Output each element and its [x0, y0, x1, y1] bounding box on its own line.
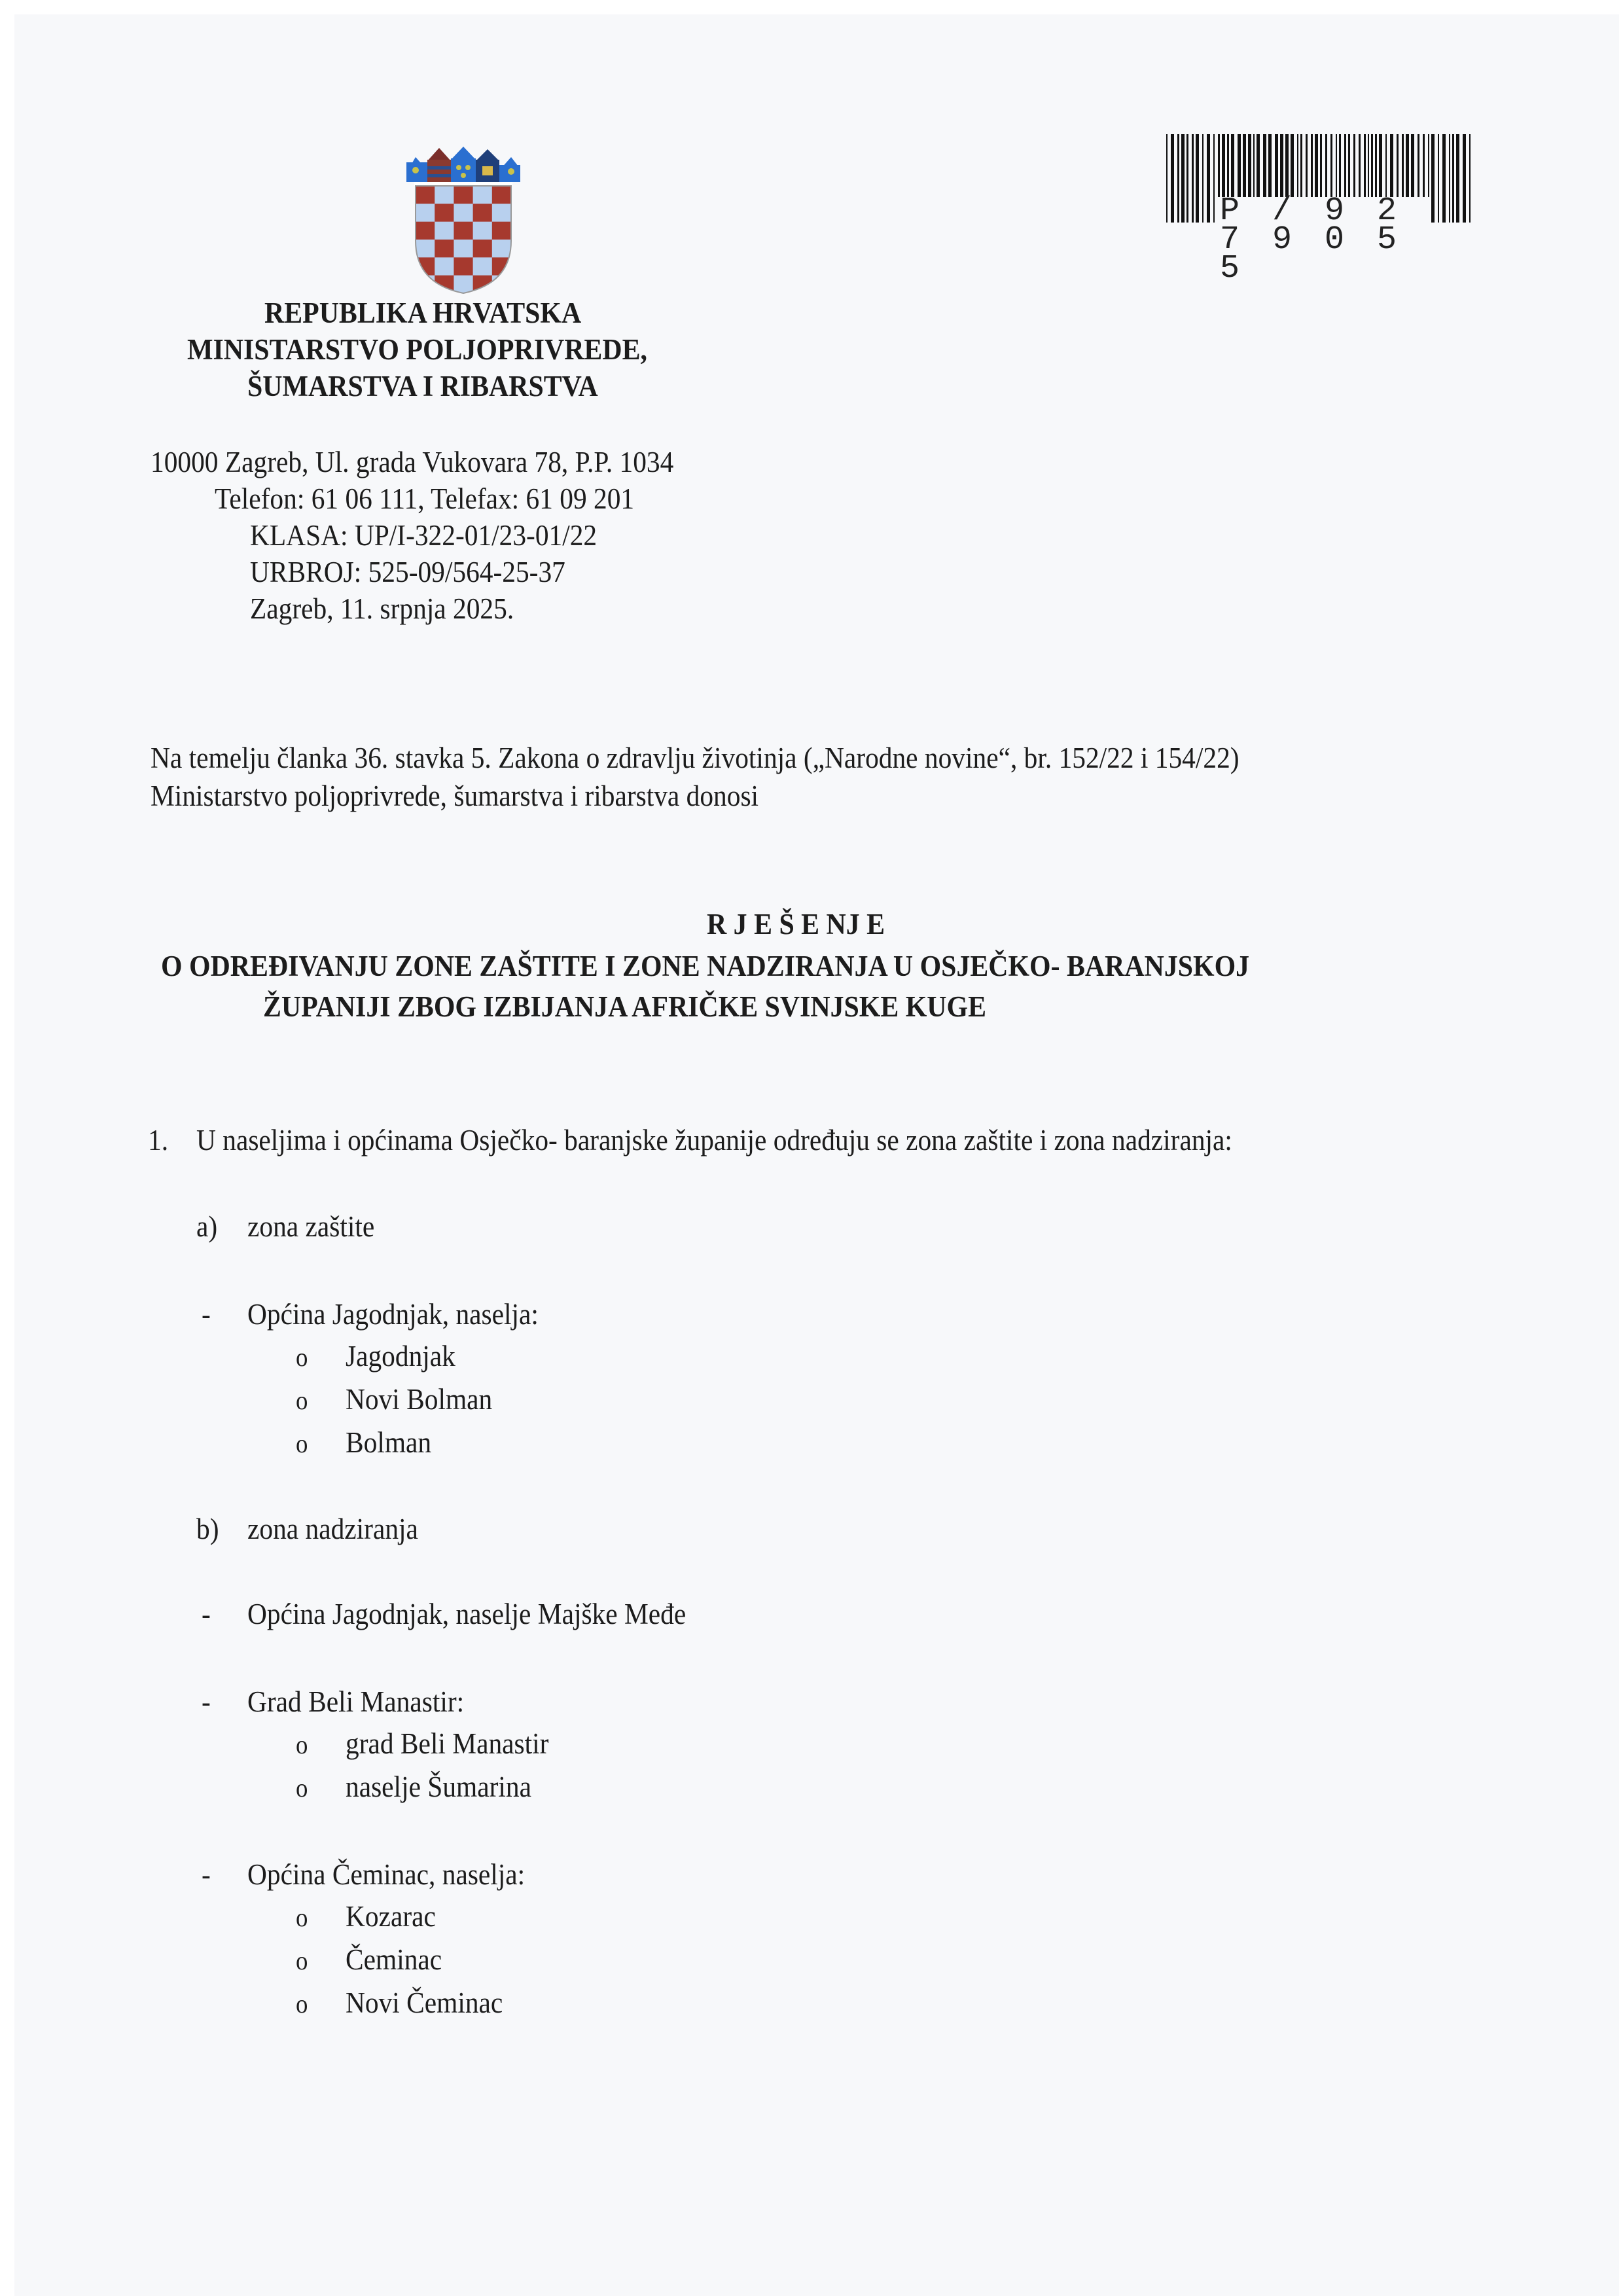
bullet-icon: o [296, 1428, 308, 1459]
list-item: grad Beli Manastir [346, 1727, 548, 1761]
list-item: Novi Čeminac [346, 1986, 503, 2020]
group-title-opcina-jagodnjak: Općina Jagodnjak, naselja: [247, 1297, 539, 1331]
group-dash: - [202, 1297, 211, 1331]
preamble-line2: Ministarstvo poljoprivrede, šumarstva i … [151, 779, 758, 813]
list-item: Čeminac [346, 1943, 442, 1977]
section-label-b: b) [196, 1512, 219, 1546]
group-dash: - [202, 1857, 211, 1892]
group-title-opcina-ceminac: Općina Čeminac, naselja: [247, 1857, 525, 1892]
bullet-icon: o [296, 1772, 308, 1803]
bullet-icon: o [296, 1902, 308, 1933]
decision-subtitle-line2: ŽUPANIJI ZBOG IZBIJANJA AFRIČKE SVINJSKE… [263, 990, 986, 1024]
preamble-line1: Na temelju članka 36. stavka 5. Zakona o… [151, 741, 1240, 775]
document-date: Zagreb, 11. srpnja 2025. [250, 592, 514, 626]
document-barcode: P / 9 2 7 9 0 5 5 [1165, 134, 1472, 223]
document-urbroj: URBROJ: 525-09/564-25-37 [250, 555, 565, 589]
list-item: naselje Šumarina [346, 1770, 531, 1804]
header-country: REPUBLIKA HRVATSKA [264, 296, 581, 330]
contact-phone: Telefon: 61 06 111, Telefax: 61 09 201 [215, 482, 634, 516]
point-text: U naseljima i općinama Osječko- baranjsk… [196, 1123, 1232, 1157]
bullet-icon: o [296, 1988, 308, 2019]
contact-address: 10000 Zagreb, Ul. grada Vukovara 78, P.P… [151, 445, 673, 479]
barcode-number: P / 9 2 7 9 0 5 5 [1216, 197, 1431, 226]
header-ministry-line1: MINISTARSTVO POLJOPRIVREDE, [187, 332, 647, 367]
list-item: Jagodnjak [346, 1339, 455, 1373]
section-label-a: a) [196, 1210, 217, 1244]
header-ministry-line2: ŠUMARSTVA I RIBARSTVA [247, 369, 598, 403]
bullet-icon: o [296, 1342, 308, 1372]
point-number: 1. [148, 1123, 168, 1157]
bullet-icon: o [296, 1729, 308, 1760]
group-title-beli-manastir: Grad Beli Manastir: [247, 1685, 464, 1719]
group-dash: - [202, 1597, 211, 1631]
section-title-zona-zastite: zona zaštite [247, 1210, 374, 1244]
bullet-icon: o [296, 1945, 308, 1976]
list-item: Novi Bolman [346, 1382, 492, 1416]
group-dash: - [202, 1685, 211, 1719]
group-title-majske-mede: Općina Jagodnjak, naselje Majške Međe [247, 1597, 686, 1631]
decision-subtitle-line1: O ODREĐIVANJU ZONE ZAŠTITE I ZONE NADZIR… [161, 949, 1249, 983]
coat-of-arms-icon [402, 143, 524, 295]
list-item: Bolman [346, 1426, 431, 1460]
list-item: Kozarac [346, 1899, 436, 1933]
section-title-zona-nadziranja: zona nadziranja [247, 1512, 418, 1546]
document-klasa: KLASA: UP/I-322-01/23-01/22 [250, 518, 597, 552]
decision-heading: R J E Š E NJ E [707, 907, 885, 941]
bullet-icon: o [296, 1385, 308, 1416]
